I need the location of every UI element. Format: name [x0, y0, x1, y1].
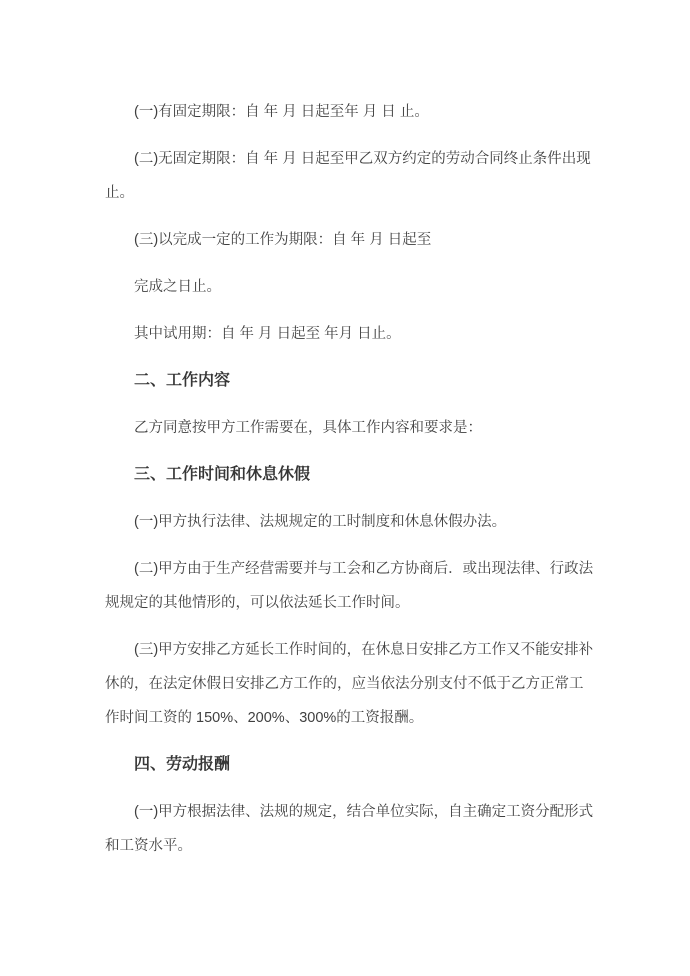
contract-term-open-ended: (二)无固定期限：自 年 月 日起至甲乙双方约定的劳动合同终止条件出现止。 [105, 142, 595, 210]
work-hours-clause-1: (一)甲方执行法律、法规规定的工时制度和休息休假办法。 [105, 505, 595, 539]
section-heading-remuneration: 四、劳动报酬 [105, 748, 595, 782]
work-hours-clause-3: (三)甲方安排乙方延长工作时间的，在休息日安排乙方工作又不能安排补休的，在法定休… [105, 633, 595, 735]
work-content-clause: 乙方同意按甲方工作需要在，具体工作内容和要求是： [105, 411, 595, 445]
document-page: (一)有固定期限：自 年 月 日起至年 月 日 止。 (二)无固定期限：自 年 … [0, 0, 690, 976]
probation-period: 其中试用期：自 年 月 日起至 年月 日止。 [105, 317, 595, 351]
contract-term-fixed: (一)有固定期限：自 年 月 日起至年 月 日 止。 [105, 95, 595, 129]
section-heading-work-content: 二、工作内容 [105, 364, 595, 398]
contract-term-task-based-cont: 完成之日止。 [105, 270, 595, 304]
work-hours-clause-2: (二)甲方由于生产经营需要并与工会和乙方协商后．或出现法律、行政法规规定的其他情… [105, 552, 595, 620]
contract-term-task-based: (三)以完成一定的工作为期限：自 年 月 日起至 [105, 223, 595, 257]
remuneration-clause-1: (一)甲方根据法律、法规的规定，结合单位实际，自主确定工资分配形式和工资水平。 [105, 795, 595, 863]
section-heading-work-hours: 三、工作时间和休息休假 [105, 458, 595, 492]
